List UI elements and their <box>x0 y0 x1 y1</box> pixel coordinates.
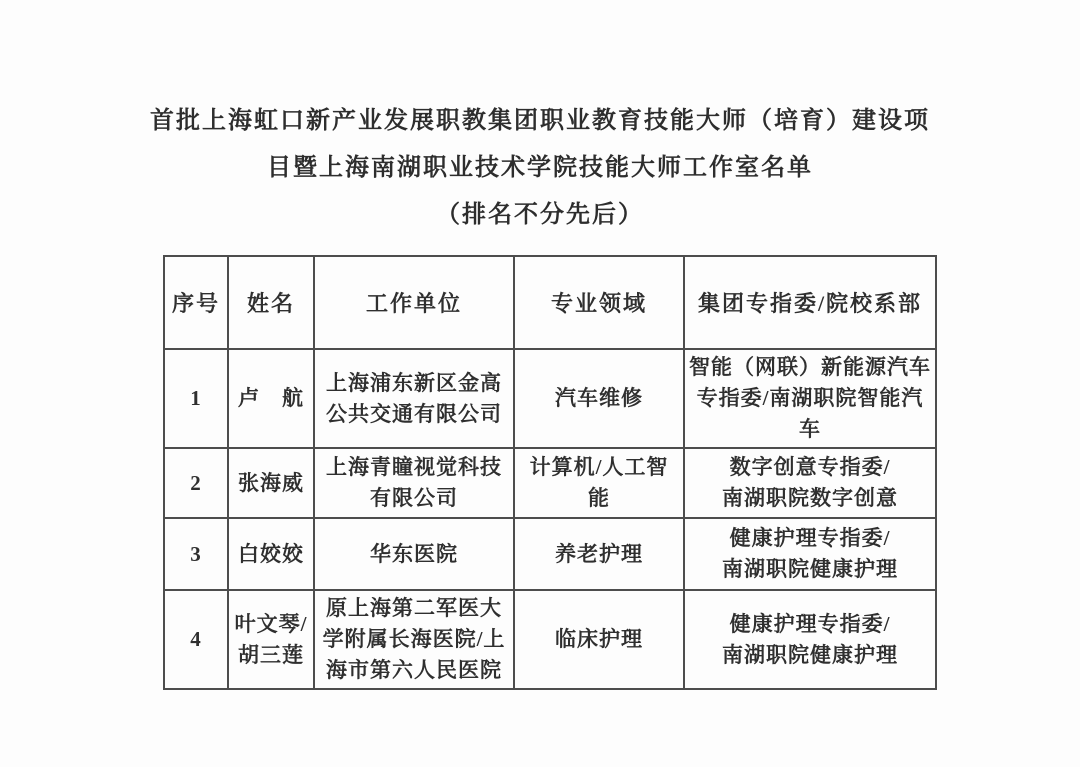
table-row: 4 叶文琴/ 胡三莲 原上海第二军医大 学附属长海医院/上 海市第六人民医院 临… <box>164 590 936 689</box>
cell-committee: 智能（网联）新能源汽车 专指委/南湖职院智能汽车 <box>684 349 936 448</box>
cell-index: 3 <box>164 518 228 590</box>
master-roster-table: 序号 姓名 工作单位 专业领域 集团专指委/院校系部 1 卢 航 上海浦东新区金… <box>163 255 937 690</box>
cell-unit: 上海青瞳视觉科技 有限公司 <box>314 448 514 518</box>
cell-name: 白姣姣 <box>228 518 314 590</box>
cell-field: 汽车维修 <box>514 349 684 448</box>
cell-index: 4 <box>164 590 228 689</box>
cell-committee: 数字创意专指委/ 南湖职院数字创意 <box>684 448 936 518</box>
cell-name: 卢 航 <box>228 349 314 448</box>
cell-index: 1 <box>164 349 228 448</box>
cell-unit: 上海浦东新区金高 公共交通有限公司 <box>314 349 514 448</box>
header-row: 序号 姓名 工作单位 专业领域 集团专指委/院校系部 <box>164 256 936 349</box>
col-header-committee: 集团专指委/院校系部 <box>684 256 936 349</box>
cell-committee: 健康护理专指委/ 南湖职院健康护理 <box>684 590 936 689</box>
cell-name: 张海威 <box>228 448 314 518</box>
title-line-3: （排名不分先后） <box>0 192 1080 239</box>
cell-unit: 华东医院 <box>314 518 514 590</box>
col-header-field: 专业领域 <box>514 256 684 349</box>
cell-field: 计算机/人工智 能 <box>514 448 684 518</box>
cell-field: 养老护理 <box>514 518 684 590</box>
cell-name: 叶文琴/ 胡三莲 <box>228 590 314 689</box>
col-header-name: 姓名 <box>228 256 314 349</box>
title-line-2: 目暨上海南湖职业技术学院技能大师工作室名单 <box>0 145 1080 192</box>
cell-field: 临床护理 <box>514 590 684 689</box>
cell-unit: 原上海第二军医大 学附属长海医院/上 海市第六人民医院 <box>314 590 514 689</box>
title-line-1: 首批上海虹口新产业发展职教集团职业教育技能大师（培育）建设项 <box>0 98 1080 145</box>
document-title: 首批上海虹口新产业发展职教集团职业教育技能大师（培育）建设项 目暨上海南湖职业技… <box>0 98 1080 239</box>
table-row: 2 张海威 上海青瞳视觉科技 有限公司 计算机/人工智 能 数字创意专指委/ 南… <box>164 448 936 518</box>
col-header-unit: 工作单位 <box>314 256 514 349</box>
col-header-index: 序号 <box>164 256 228 349</box>
cell-index: 2 <box>164 448 228 518</box>
table-row: 3 白姣姣 华东医院 养老护理 健康护理专指委/ 南湖职院健康护理 <box>164 518 936 590</box>
document-page: 首批上海虹口新产业发展职教集团职业教育技能大师（培育）建设项 目暨上海南湖职业技… <box>0 0 1080 767</box>
cell-committee: 健康护理专指委/ 南湖职院健康护理 <box>684 518 936 590</box>
table-row: 1 卢 航 上海浦东新区金高 公共交通有限公司 汽车维修 智能（网联）新能源汽车… <box>164 349 936 448</box>
